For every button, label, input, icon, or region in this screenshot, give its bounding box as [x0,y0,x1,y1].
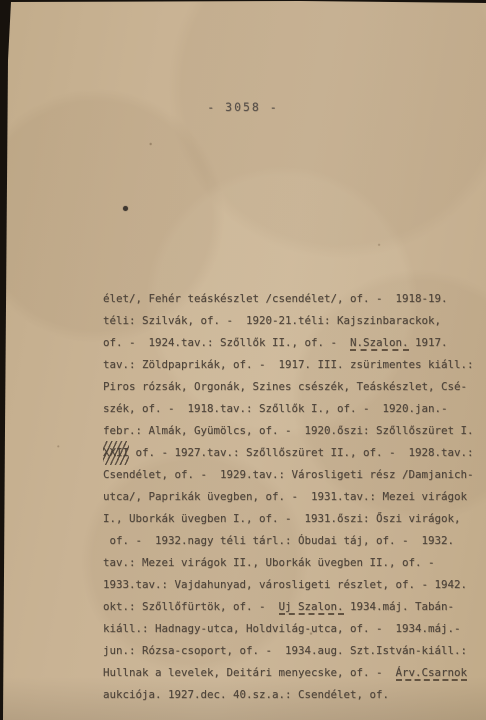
text-line: kiáll.: Hadnagy-utca, Holdvilág-utca, of… [103,618,483,640]
text-segment: téli: Szilvák, of. - 1920-21.téli: Kajsz… [103,314,441,327]
paper-sheet: - 3058 - élet/, Fehér teáskészlet /csend… [0,0,486,720]
text-line: tav.: Zöldpaprikák, of. - 1917. III. zsü… [103,354,483,376]
text-segment: of. - 1927.tav.: Szőllőszüret II., of. -… [129,446,474,459]
text-line: Csendélet, of. - 1929.tav.: Városligeti … [103,464,483,486]
text-line: febr.: Almák, Gyümölcs, of. - 1920.őszi:… [103,420,483,442]
text-line: okt.: Szőllőfürtök, of. - Uj Szalon. 193… [103,596,483,618]
text-line: XXII of. - 1927.tav.: Szőllőszüret II., … [103,442,483,464]
text-segment: tav.: Mezei virágok II., Uborkák üvegben… [103,556,435,569]
text-line: utca/, Paprikák üvegben, of. - 1931.tav.… [103,486,483,508]
text-line: szék, of. - 1918.tav.: Szőllők I., of. -… [103,398,483,420]
text-segment-underline-dashed: Árv.Csarnok [396,666,468,681]
text-segment: 1934.máj. Tabán- [344,600,455,613]
text-line: 1933.tav.: Vajdahunyad, városligeti rész… [103,574,483,596]
text-line: Piros rózsák, Orgonák, Szines csészék, T… [103,376,483,398]
text-segment-underline-dashed: Uj Szalon. [279,600,344,615]
text-line: Hullnak a levelek, Deitári menyecske, of… [103,662,483,684]
text-line: jun.: Rózsa-csoport, of. - 1934.aug. Szt… [103,640,483,662]
text-line: of. - 1924.tav.: Szőllők II., of. - N.Sz… [103,332,483,354]
text-segment: élet/, Fehér teáskészlet /csendélet/, of… [103,292,448,305]
text-line: tav.: Mezei virágok II., Uborkák üvegben… [103,552,483,574]
text-segment: tav.: Zöldpaprikák, of. - 1917. III. zsü… [103,358,474,371]
text-segment: Hullnak a levelek, Deitári menyecske, of… [103,666,396,679]
text-segment: okt.: Szőllőfürtök, of. - [103,600,279,613]
text-segment: I., Uborkák üvegben I., of. - 1931.őszi:… [103,512,461,525]
scanned-document-page: - 3058 - élet/, Fehér teáskészlet /csend… [0,0,486,720]
text-segment: of. - 1932.nagy téli tárl.: Óbudai táj, … [103,534,454,547]
text-segment: 1917. [409,336,448,349]
text-line: aukciója. 1927.dec. 40.sz.a.: Csendélet,… [103,684,483,706]
typewritten-text-block: élet/, Fehér teáskészlet /csendélet/, of… [103,288,483,706]
text-segment: jun.: Rózsa-csoport, of. - 1934.aug. Szt… [103,644,467,657]
text-line: of. - 1932.nagy téli tárl.: Óbudai táj, … [103,530,483,552]
text-line: I., Uborkák üvegben I., of. - 1931.őszi:… [103,508,483,530]
text-segment: kiáll.: Hadnagy-utca, Holdvilág-utca, of… [103,622,461,635]
text-segment: febr.: Almák, Gyümölcs, of. - 1920.őszi:… [103,424,474,437]
text-segment: Piros rózsák, Orgonák, Szines csészék, T… [103,380,467,393]
text-segment: aukciója. 1927.dec. 40.sz.a.: Csendélet,… [103,688,389,701]
page-number: - 3058 - [0,100,486,114]
ink-speck [123,206,128,211]
text-line: élet/, Fehér teáskészlet /csendélet/, of… [103,288,483,310]
text-line: téli: Szilvák, of. - 1920-21.téli: Kajsz… [103,310,483,332]
text-segment-underline-dashed: N.Szalon. [350,336,409,351]
text-segment: Csendélet, of. - 1929.tav.: Városligeti … [103,468,474,481]
text-segment: utca/, Paprikák üvegben, of. - 1931.tav.… [103,490,467,503]
text-segment: 1933.tav.: Vajdahunyad, városligeti rész… [103,578,467,591]
text-segment: of. - 1924.tav.: Szőllők II., of. - [103,336,350,349]
text-segment-struck: XXII [103,442,129,464]
text-segment: szék, of. - 1918.tav.: Szőllők I., of. -… [103,402,448,415]
